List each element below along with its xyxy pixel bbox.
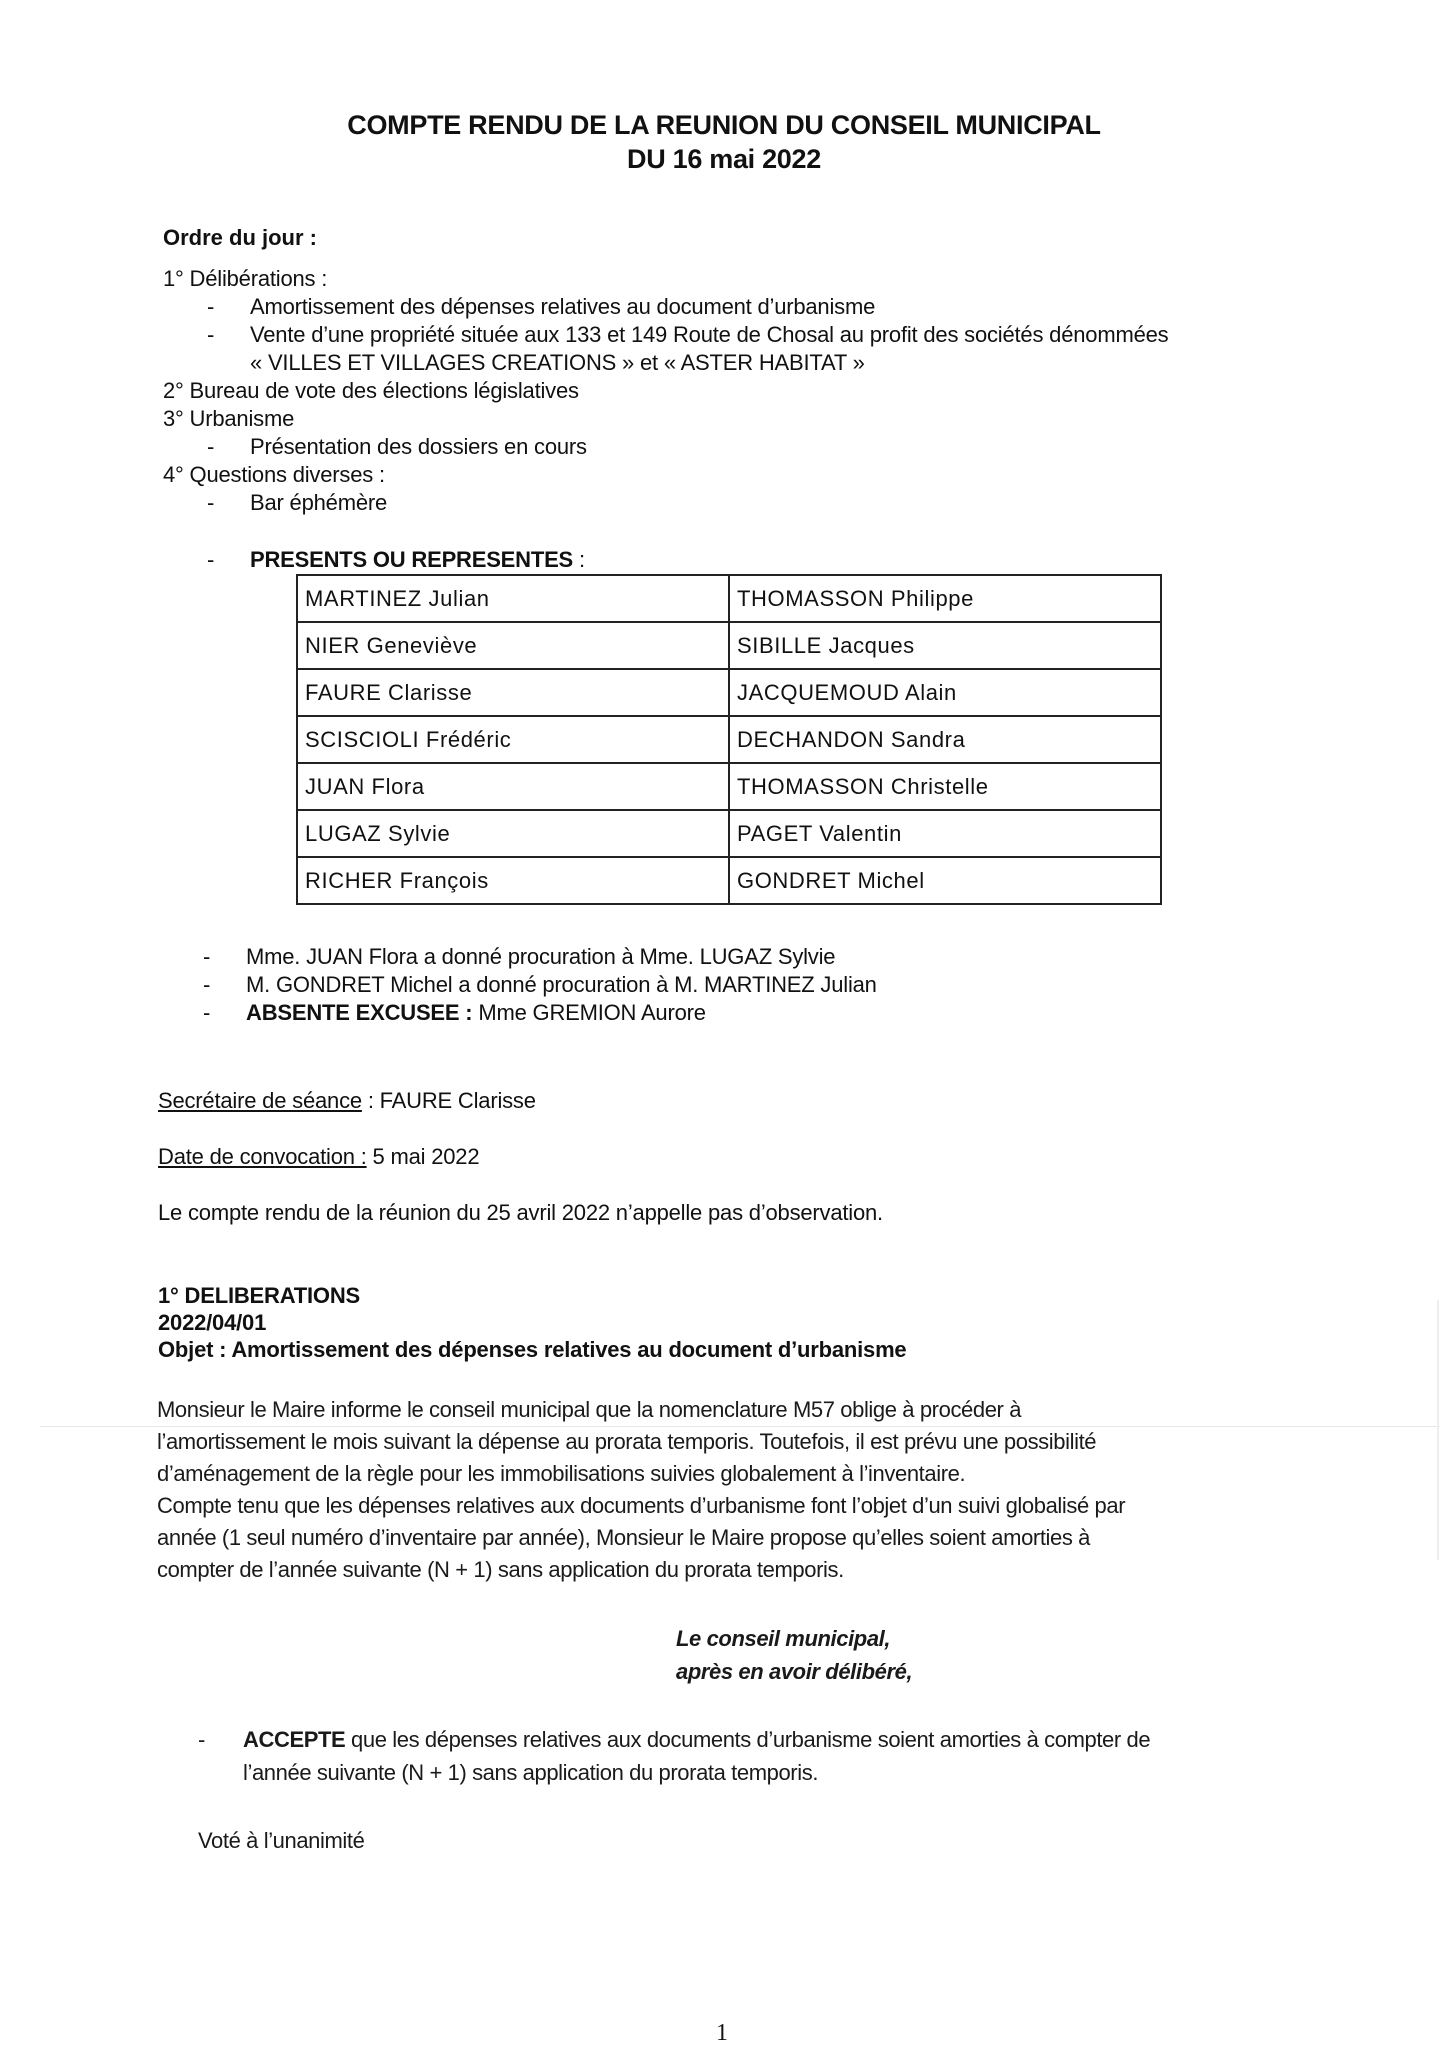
agenda-subitem: Amortissement des dépenses relatives au … <box>250 294 875 320</box>
bullet-dash: - <box>203 944 210 970</box>
deliberation-reference: 2022/04/01 <box>158 1310 266 1336</box>
document-title-line2: DU 16 mai 2022 <box>0 144 1448 175</box>
table-cell: THOMASSON Christelle <box>729 763 1161 810</box>
council-statement-line2: après en avoir délibéré, <box>676 1659 912 1685</box>
agenda-item-1: 1° Délibérations : <box>163 266 327 292</box>
deliberation-object: Objet : Amortissement des dépenses relat… <box>158 1337 906 1363</box>
decision-line-continued: l’année suivante (N + 1) sans applicatio… <box>243 1760 818 1786</box>
table-cell: SIBILLE Jacques <box>729 622 1161 669</box>
table-row: NIER GenevièveSIBILLE Jacques <box>297 622 1161 669</box>
table-cell: GONDRET Michel <box>729 857 1161 904</box>
bullet-dash: - <box>207 547 214 573</box>
table-row: SCISCIOLI FrédéricDECHANDON Sandra <box>297 716 1161 763</box>
previous-minutes-note: Le compte rendu de la réunion du 25 avri… <box>158 1200 883 1226</box>
decision-line: ACCEPTE que les dépenses relatives aux d… <box>243 1727 1150 1753</box>
bullet-dash: - <box>207 294 214 320</box>
absent-line: ABSENTE EXCUSEE : Mme GREMION Aurore <box>246 1000 706 1026</box>
table-row: RICHER FrançoisGONDRET Michel <box>297 857 1161 904</box>
agenda-item-4: 4° Questions diverses : <box>163 462 385 488</box>
attendance-heading: PRESENTS OU REPRESENTES : <box>250 547 585 573</box>
table-cell: FAURE Clarisse <box>297 669 729 716</box>
council-statement-line1: Le conseil municipal, <box>676 1626 890 1652</box>
table-cell: RICHER François <box>297 857 729 904</box>
bullet-dash: - <box>207 490 214 516</box>
bullet-dash: - <box>207 322 214 348</box>
vote-result: Voté à l’unanimité <box>198 1828 364 1854</box>
table-row: MARTINEZ JulianTHOMASSON Philippe <box>297 575 1161 622</box>
proxy-line: M. GONDRET Michel a donné procuration à … <box>246 972 877 998</box>
table-cell: SCISCIOLI Frédéric <box>297 716 729 763</box>
agenda-subitem: Vente d’une propriété située aux 133 et … <box>250 322 1168 348</box>
paragraph-line: Compte tenu que les dépenses relatives a… <box>157 1493 1125 1519</box>
section-heading: 1° DELIBERATIONS <box>158 1283 360 1309</box>
agenda-item-3: 3° Urbanisme <box>163 406 294 432</box>
table-row: JUAN FloraTHOMASSON Christelle <box>297 763 1161 810</box>
agenda-subitem-continued: « VILLES ET VILLAGES CREATIONS » et « AS… <box>250 350 865 376</box>
paragraph-line: année (1 seul numéro d’inventaire par an… <box>157 1525 1090 1551</box>
agenda-item-2: 2° Bureau de vote des élections législat… <box>163 378 579 404</box>
attendance-table: MARTINEZ JulianTHOMASSON Philippe NIER G… <box>296 574 1162 905</box>
bullet-dash: - <box>203 972 210 998</box>
page-number: 1 <box>716 2020 728 2047</box>
paragraph-line: l’amortissement le mois suivant la dépen… <box>157 1429 1096 1455</box>
table-cell: MARTINEZ Julian <box>297 575 729 622</box>
secretary-line: Secrétaire de séance : FAURE Clarisse <box>158 1088 536 1114</box>
document-page: COMPTE RENDU DE LA REUNION DU CONSEIL MU… <box>0 0 1448 2048</box>
agenda-subitem: Présentation des dossiers en cours <box>250 434 587 460</box>
table-cell: DECHANDON Sandra <box>729 716 1161 763</box>
table-row: LUGAZ SylviePAGET Valentin <box>297 810 1161 857</box>
table-cell: JUAN Flora <box>297 763 729 810</box>
agenda-subitem: Bar éphémère <box>250 490 387 516</box>
convocation-line: Date de convocation : 5 mai 2022 <box>158 1144 479 1170</box>
table-row: FAURE ClarisseJACQUEMOUD Alain <box>297 669 1161 716</box>
document-title-line1: COMPTE RENDU DE LA REUNION DU CONSEIL MU… <box>0 110 1448 141</box>
scan-artifact-line <box>40 1426 1440 1427</box>
table-cell: NIER Geneviève <box>297 622 729 669</box>
bullet-dash: - <box>198 1727 205 1753</box>
paragraph-line: Monsieur le Maire informe le conseil mun… <box>157 1397 1021 1423</box>
table-cell: THOMASSON Philippe <box>729 575 1161 622</box>
bullet-dash: - <box>207 434 214 460</box>
proxy-line: Mme. JUAN Flora a donné procuration à Mm… <box>246 944 835 970</box>
paragraph-line: compter de l’année suivante (N + 1) sans… <box>157 1557 844 1583</box>
agenda-label: Ordre du jour : <box>163 225 317 251</box>
table-cell: JACQUEMOUD Alain <box>729 669 1161 716</box>
scan-edge-mark <box>1437 1300 1439 1560</box>
table-cell: LUGAZ Sylvie <box>297 810 729 857</box>
bullet-dash: - <box>203 1000 210 1026</box>
table-cell: PAGET Valentin <box>729 810 1161 857</box>
paragraph-line: d’aménagement de la règle pour les immob… <box>157 1461 965 1487</box>
